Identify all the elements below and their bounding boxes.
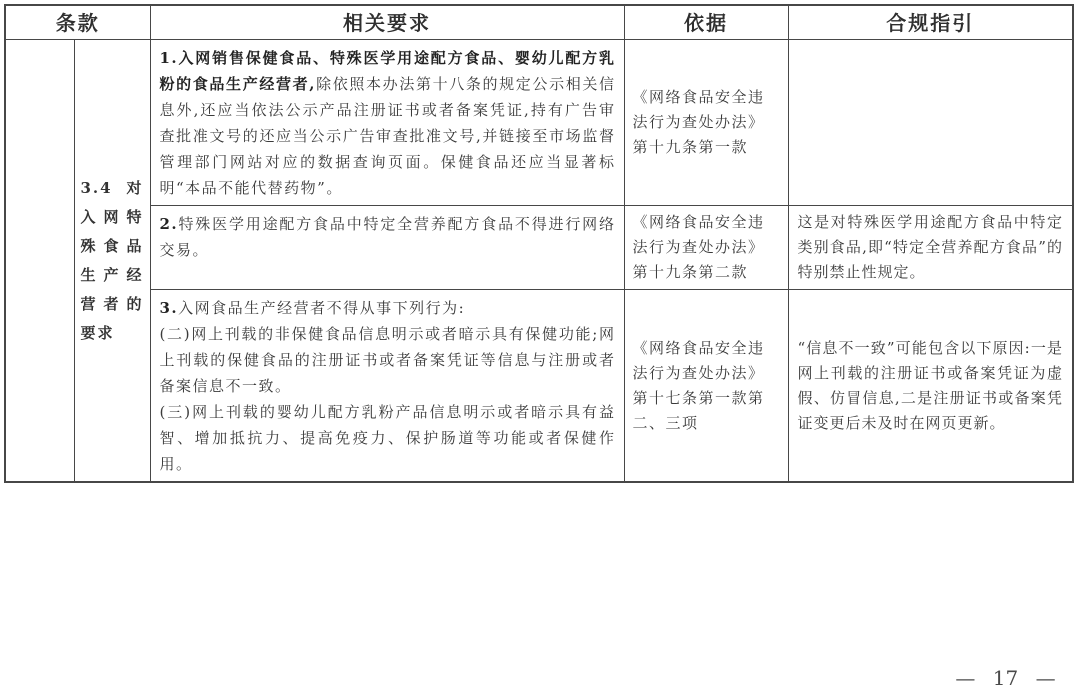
header-requirement: 相关要求 [150,5,624,40]
requirement-1-paragraph: 1.入网销售保健食品、特殊医学用途配方食品、婴幼儿配方乳粉的食品生产经营者,除依… [160,45,616,201]
header-basis: 依据 [624,5,788,40]
guidance-cell-2: 这是对特殊医学用途配方食品中特定类别食品,即“特定全营养配方食品”的特别禁止性规… [788,206,1073,290]
page-number: — 17 — [948,666,1063,690]
basis-3-text: 《网络食品安全违法行为查处办法》第十七条第一款第二、三项 [633,336,780,436]
basis-cell-1: 《网络食品安全违法行为查处办法》第十九条第一款 [624,40,788,206]
requirement-3-text: 入网食品生产经营者不得从事下列行为: [178,299,465,317]
requirement-3-paragraph-2: (二)网上刊载的非保健食品信息明示或者暗示具有保健功能;网上刊载的保健食品的注册… [160,321,616,399]
document-page: 条款 相关要求 依据 合规指引 3.4 对入网特殊食品生产经营者的要求 1.入网… [0,0,1080,697]
clause-spacer-cell [5,40,74,483]
requirement-cell-2: 2.特殊医学用途配方食品中特定全营养配方食品不得进行网络交易。 [150,206,624,290]
table-row-3: 3.入网食品生产经营者不得从事下列行为: (二)网上刊载的非保健食品信息明示或者… [5,290,1073,483]
requirement-2-paragraph: 2.特殊医学用途配方食品中特定全营养配方食品不得进行网络交易。 [160,211,616,263]
clause-cell: 3.4 对入网特殊食品生产经营者的要求 [74,40,150,483]
table-row-2: 2.特殊医学用途配方食品中特定全营养配方食品不得进行网络交易。 《网络食品安全违… [5,206,1073,290]
basis-cell-2: 《网络食品安全违法行为查处办法》第十九条第二款 [624,206,788,290]
requirement-3-paragraph-1: 3.入网食品生产经营者不得从事下列行为: [160,295,616,321]
guidance-cell-3: “信息不一致”可能包含以下原因:一是网上刊载的注册证书或备案凭证为虚假、仿冒信息… [788,290,1073,483]
requirement-2-text: 特殊医学用途配方食品中特定全营养配方食品不得进行网络交易。 [160,215,616,259]
header-clause: 条款 [5,5,150,40]
basis-cell-3: 《网络食品安全违法行为查处办法》第十七条第一款第二、三项 [624,290,788,483]
basis-2-text: 《网络食品安全违法行为查处办法》第十九条第二款 [633,210,780,285]
guidance-cell-1 [788,40,1073,206]
compliance-table: 条款 相关要求 依据 合规指引 3.4 对入网特殊食品生产经营者的要求 1.入网… [4,4,1074,483]
guidance-3-text: “信息不一致”可能包含以下原因:一是网上刊载的注册证书或备案凭证为虚假、仿冒信息… [798,336,1064,436]
table-header-row: 条款 相关要求 依据 合规指引 [5,5,1073,40]
requirement-cell-1: 1.入网销售保健食品、特殊医学用途配方食品、婴幼儿配方乳粉的食品生产经营者,除依… [150,40,624,206]
table-row-1: 3.4 对入网特殊食品生产经营者的要求 1.入网销售保健食品、特殊医学用途配方食… [5,40,1073,206]
header-guidance: 合规指引 [788,5,1073,40]
guidance-2-text: 这是对特殊医学用途配方食品中特定类别食品,即“特定全营养配方食品”的特别禁止性规… [798,210,1064,285]
requirement-3-paragraph-3: (三)网上刊载的婴幼儿配方乳粉产品信息明示或者暗示具有益智、增加抵抗力、提高免疫… [160,399,616,477]
basis-1-text: 《网络食品安全违法行为查处办法》第十九条第一款 [633,85,780,160]
requirement-1-text: 除依照本办法第十八条的规定公示相关信息外,还应当依法公示产品注册证书或者备案凭证… [160,75,616,197]
requirement-2-bold-text: 2. [160,215,179,233]
requirement-cell-3: 3.入网食品生产经营者不得从事下列行为: (二)网上刊载的非保健食品信息明示或者… [150,290,624,483]
clause-label: 3.4 对入网特殊食品生产经营者的要求 [81,174,144,348]
requirement-3-bold-text: 3. [160,299,179,317]
